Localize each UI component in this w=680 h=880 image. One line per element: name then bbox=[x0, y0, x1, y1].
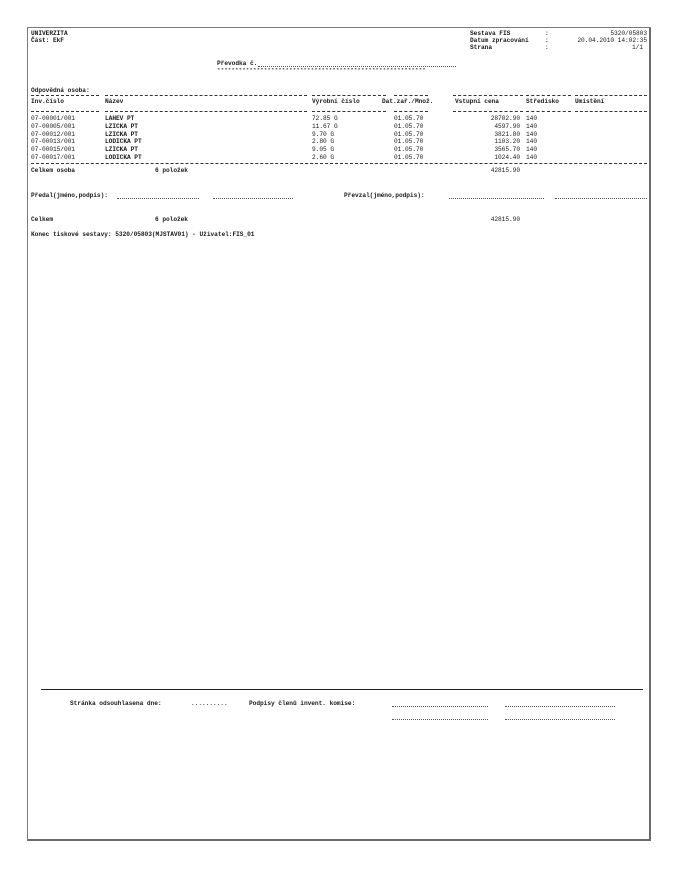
cell-price: 28702.90 bbox=[450, 115, 520, 122]
cell-center: 140 bbox=[526, 146, 537, 153]
cell-serial: 11.67 G bbox=[312, 123, 338, 130]
person-total-label: Celkem osoba bbox=[31, 167, 75, 174]
column-header-location: Umístění bbox=[575, 98, 604, 105]
divider bbox=[105, 95, 307, 96]
title-underline-stars: ****************************************… bbox=[217, 68, 457, 74]
title-number-dots bbox=[258, 66, 456, 67]
signature-field-2[interactable] bbox=[505, 706, 615, 707]
cell-date: 01.05.70 bbox=[394, 115, 423, 122]
cell-center: 140 bbox=[526, 115, 537, 122]
cell-inv-number: 07-00005/001 bbox=[31, 123, 75, 130]
document-title: Převodka č. bbox=[217, 60, 257, 67]
cell-serial: 2.60 G bbox=[312, 154, 334, 161]
cell-name: LODICKA PT bbox=[105, 138, 142, 145]
date-label: Datum zpracování bbox=[470, 37, 529, 44]
cell-date: 01.05.70 bbox=[394, 138, 423, 145]
received-label: Převzal(jméno,podpis): bbox=[344, 192, 425, 199]
cell-date: 01.05.70 bbox=[394, 123, 423, 130]
divider bbox=[394, 111, 428, 112]
cell-serial: 2.80 G bbox=[312, 138, 334, 145]
cell-inv-number: 07-00013/001 bbox=[31, 138, 75, 145]
cell-inv-number: 07-00017/001 bbox=[31, 154, 75, 161]
page-label: Strana bbox=[470, 44, 492, 51]
divider bbox=[453, 111, 523, 112]
handed-over-signature-field[interactable] bbox=[213, 198, 293, 199]
page-approved-label: Stránka odsouhlasena dne: bbox=[70, 700, 162, 707]
column-header-inv-number: Inv.číslo bbox=[31, 98, 64, 105]
page-number: 1/1 bbox=[560, 44, 643, 51]
cell-inv-number: 07-00001/001 bbox=[31, 115, 75, 122]
handed-over-label: Předal(jméno,podpis): bbox=[31, 192, 108, 199]
divider bbox=[31, 95, 99, 96]
page-sep: : bbox=[545, 44, 549, 51]
divider bbox=[312, 111, 386, 112]
divider bbox=[394, 95, 428, 96]
cell-name: LZICKA PT bbox=[105, 123, 138, 130]
footer-separator bbox=[41, 689, 643, 690]
received-name-field[interactable] bbox=[449, 198, 544, 199]
person-total-amount: 42815.90 bbox=[450, 167, 520, 174]
report-number: 5320/05803 bbox=[560, 30, 647, 37]
cell-serial: 72.85 G bbox=[312, 115, 338, 122]
divider bbox=[31, 163, 647, 164]
cell-name: LZICKA PT bbox=[105, 131, 138, 138]
divider bbox=[453, 95, 523, 96]
signature-field-4[interactable] bbox=[505, 719, 615, 720]
cell-date: 01.05.70 bbox=[394, 131, 423, 138]
column-header-price: Vstupní cena bbox=[455, 98, 499, 105]
divider bbox=[575, 95, 647, 96]
column-header-center: Středisko bbox=[526, 98, 559, 105]
received-signature-field[interactable] bbox=[555, 198, 647, 199]
report-end-line: Konec tiskové sestavy: 5320/05803(MJSTAV… bbox=[31, 231, 254, 238]
cell-price: 3565.70 bbox=[450, 146, 520, 153]
commission-signatures-label: Podpisy členů invent. komise: bbox=[249, 700, 355, 707]
grand-total-count: 6 položek bbox=[155, 216, 188, 223]
cell-center: 140 bbox=[526, 138, 537, 145]
person-total-count: 6 položek bbox=[155, 167, 188, 174]
divider bbox=[526, 95, 571, 96]
report-sep: : bbox=[545, 30, 549, 37]
divider bbox=[312, 95, 386, 96]
processing-date: 20.04.2010 14:02:35 bbox=[550, 37, 647, 44]
signature-field-1[interactable] bbox=[392, 706, 488, 707]
column-header-serial: Výrobní číslo bbox=[312, 98, 360, 105]
org-name: UNIVERZITA bbox=[31, 30, 68, 37]
cell-price: 4597.90 bbox=[450, 123, 520, 130]
divider bbox=[526, 111, 571, 112]
cell-name: LAHEV PT bbox=[105, 115, 134, 122]
part-label: Část: EkF bbox=[31, 37, 64, 44]
cell-inv-number: 07-00012/001 bbox=[31, 131, 75, 138]
cell-price: 1103.20 bbox=[450, 138, 520, 145]
date-sep: : bbox=[545, 37, 549, 44]
cell-date: 01.05.70 bbox=[394, 146, 423, 153]
cell-serial: 9.70 G bbox=[312, 131, 334, 138]
report-label: Sestava FIS bbox=[470, 30, 510, 37]
divider bbox=[575, 111, 647, 112]
cell-price: 1024.40 bbox=[450, 154, 520, 161]
grand-total-amount: 42815.90 bbox=[450, 216, 520, 223]
cell-serial: 9.05 G bbox=[312, 146, 334, 153]
grand-total-label: Celkem bbox=[31, 216, 53, 223]
cell-center: 140 bbox=[526, 123, 537, 130]
cell-center: 140 bbox=[526, 154, 537, 161]
column-header-date-qty: Dat.zař./Množ. bbox=[382, 98, 433, 105]
signature-field-3[interactable] bbox=[392, 719, 488, 720]
cell-name: LODICKA PT bbox=[105, 154, 142, 161]
responsible-person-label: Odpovědná osoba: bbox=[31, 87, 90, 94]
column-header-name: Název bbox=[105, 98, 123, 105]
divider bbox=[105, 111, 307, 112]
cell-name: LZICKA PT bbox=[105, 146, 138, 153]
cell-center: 140 bbox=[526, 131, 537, 138]
page-approved-date-field[interactable]: .......... bbox=[191, 700, 228, 707]
handed-over-name-field[interactable] bbox=[117, 198, 199, 199]
cell-price: 3821.80 bbox=[450, 131, 520, 138]
cell-inv-number: 07-00015/001 bbox=[31, 146, 75, 153]
divider bbox=[31, 111, 99, 112]
cell-date: 01.05.70 bbox=[394, 154, 423, 161]
